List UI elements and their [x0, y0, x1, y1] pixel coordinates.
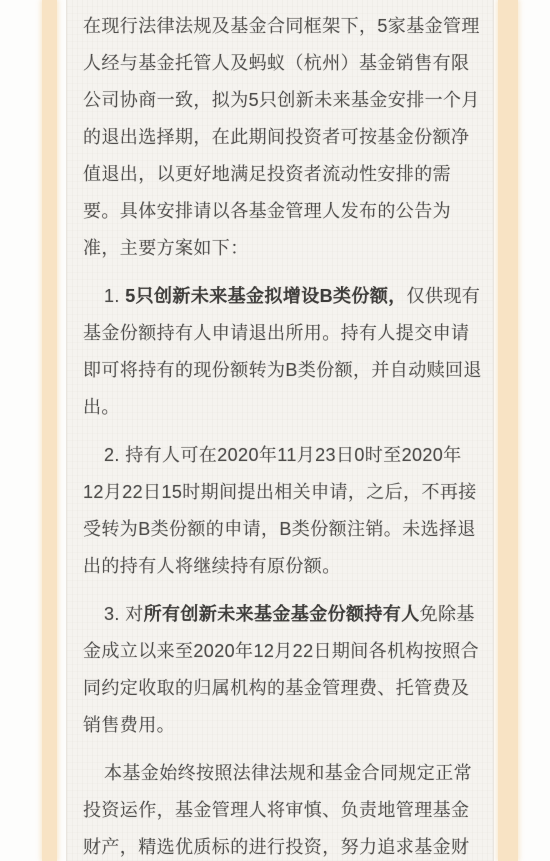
paragraph-intro: 在现行法律法规及基金合同框架下，5家基金管理人经与基金托管人及蚂蚁（杭州）基金销… [83, 8, 478, 267]
text: 财产，精选优质标的进行投资，努力追求基金财 [83, 837, 469, 857]
text: 1. [104, 286, 125, 306]
text-line: 金成立以来至2020年12月22日期间各机构按照合 [83, 633, 478, 670]
text-line: 值退出，以更好地满足投资者流动性安排的需 [83, 156, 478, 193]
text-line: 投资运作，基金管理人将审慎、负责地管理基金 [83, 792, 478, 829]
bold-text: 所有创新未来基金基金份额持有人 [144, 604, 420, 624]
text: 投资运作，基金管理人将审慎、负责地管理基金 [83, 800, 469, 820]
text: 金成立以来至2020年12月22日期间各机构按照合 [83, 641, 479, 661]
document-paper: 在现行法律法规及基金合同框架下，5家基金管理人经与基金托管人及蚂蚁（杭州）基金销… [66, 0, 494, 861]
text: 同约定收取的归属机构的基金管理费、托管费及 [83, 678, 469, 698]
text: 值退出，以更好地满足投资者流动性安排的需 [83, 164, 451, 184]
text-line: 本基金始终按照法律法规和基金合同规定正常 [83, 755, 478, 792]
text-line: 的退出选择期，在此期间投资者可按基金份额净 [83, 119, 478, 156]
text-line: 同约定收取的归属机构的基金管理费、托管费及 [83, 670, 478, 707]
paragraph-closing: 本基金始终按照法律法规和基金合同规定正常投资运作，基金管理人将审慎、负责地管理基… [83, 755, 478, 861]
text-line: 受转为B类份额的申请，B类份额注销。未选择退 [83, 511, 478, 548]
text-line: 准，主要方案如下： [83, 230, 478, 267]
bold-text: 5只创新未来基金拟增设B类份额， [125, 286, 406, 306]
text: 受转为B类份额的申请，B类份额注销。未选择退 [83, 519, 476, 539]
text: 出。 [83, 397, 120, 417]
paragraph-item-1: 1. 5只创新未来基金拟增设B类份额，仅供现有基金份额持有人申请退出所用。持有人… [83, 278, 478, 426]
text: 销售费用。 [83, 715, 175, 735]
text-line: 在现行法律法规及基金合同框架下，5家基金管理 [83, 8, 478, 45]
text-line: 基金份额持有人申请退出所用。持有人提交申请 [83, 315, 478, 352]
text: 要。具体安排请以各基金管理人发布的公告为 [83, 201, 451, 221]
text: 即可将持有的现份额转为B类份额，并自动赎回退 [83, 360, 482, 380]
text: 基金份额持有人申请退出所用。持有人提交申请 [83, 323, 469, 343]
text: 出的持有人将继续持有原份额。 [83, 556, 341, 576]
text: 在现行法律法规及基金合同框架下，5家基金管理 [83, 16, 480, 36]
text-line: 人经与基金托管人及蚂蚁（杭州）基金销售有限 [83, 45, 478, 82]
text: 人经与基金托管人及蚂蚁（杭州）基金销售有限 [83, 53, 469, 73]
text: 12月22日15时期间提出相关申请，之后，不再接 [83, 482, 477, 502]
text: 2. 持有人可在2020年11月23日0时至2020年 [104, 445, 462, 465]
paragraph-item-3: 3. 对所有创新未来基金基金份额持有人免除基金成立以来至2020年12月22日期… [83, 596, 478, 744]
right-accent-stripe [498, 0, 518, 861]
text-line: 1. 5只创新未来基金拟增设B类份额，仅供现有 [83, 278, 478, 315]
left-accent-stripe [42, 0, 57, 861]
document-body: 在现行法律法规及基金合同框架下，5家基金管理人经与基金托管人及蚂蚁（杭州）基金销… [67, 0, 493, 861]
text-line: 要。具体安排请以各基金管理人发布的公告为 [83, 193, 478, 230]
text-line: 财产，精选优质标的进行投资，努力追求基金财 [83, 829, 478, 861]
text-line: 销售费用。 [83, 707, 478, 744]
paragraph-item-2: 2. 持有人可在2020年11月23日0时至2020年12月22日15时期间提出… [83, 437, 478, 585]
text: 的退出选择期，在此期间投资者可按基金份额净 [83, 127, 469, 147]
text: 3. 对 [104, 604, 144, 624]
text: 准，主要方案如下： [83, 238, 249, 258]
article-screenshot: 在现行法律法规及基金合同框架下，5家基金管理人经与基金托管人及蚂蚁（杭州）基金销… [0, 0, 550, 861]
text-line: 3. 对所有创新未来基金基金份额持有人免除基 [83, 596, 478, 633]
text-line: 即可将持有的现份额转为B类份额，并自动赎回退 [83, 352, 478, 389]
text: 仅供现有 [407, 286, 481, 306]
text: 本基金始终按照法律法规和基金合同规定正常 [104, 763, 472, 783]
text-line: 12月22日15时期间提出相关申请，之后，不再接 [83, 474, 478, 511]
text-line: 出。 [83, 389, 478, 426]
text-line: 2. 持有人可在2020年11月23日0时至2020年 [83, 437, 478, 474]
text: 公司协商一致，拟为5只创新未来基金安排一个月 [83, 90, 480, 110]
text: 免除基 [420, 604, 475, 624]
text-line: 出的持有人将继续持有原份额。 [83, 548, 478, 585]
text-line: 公司协商一致，拟为5只创新未来基金安排一个月 [83, 82, 478, 119]
